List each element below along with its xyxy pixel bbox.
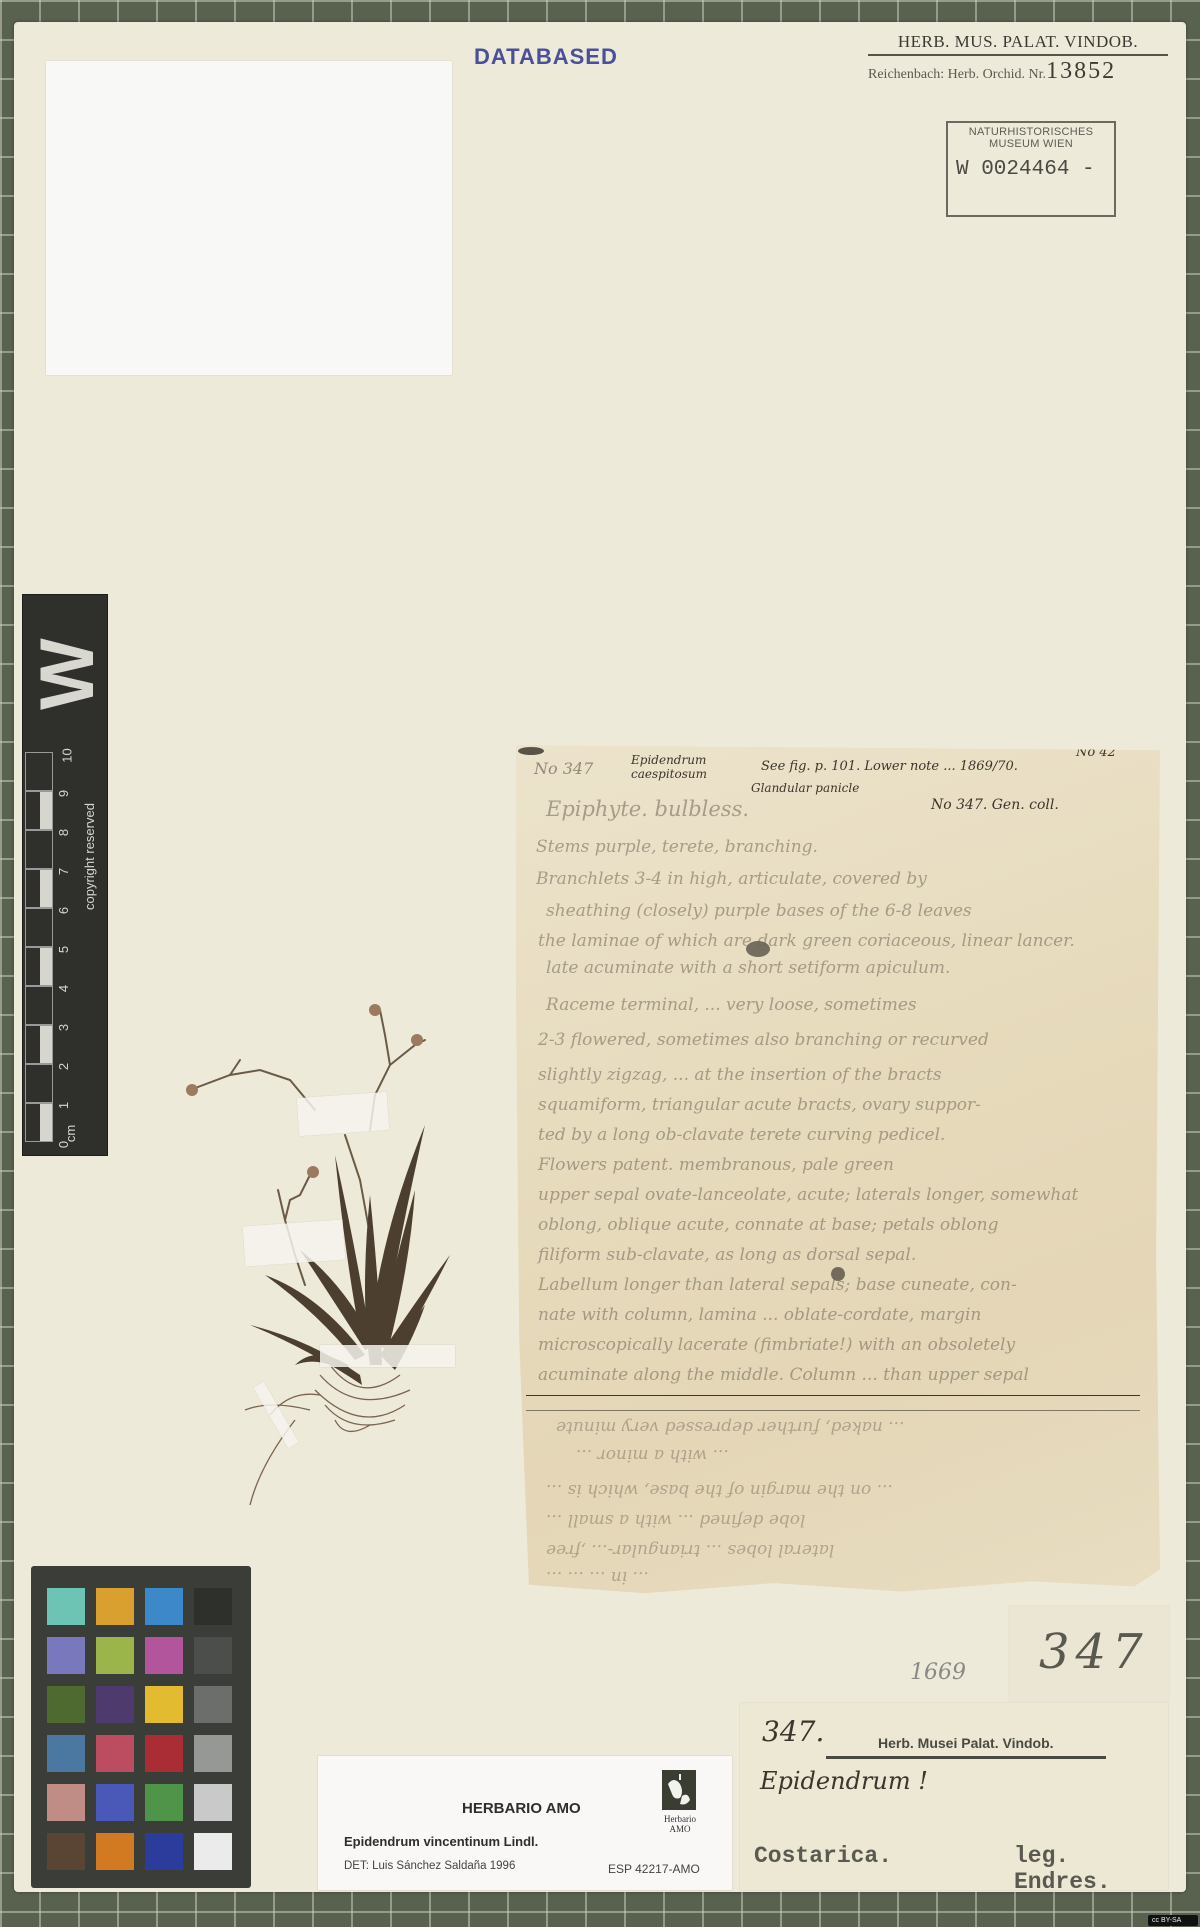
- ruler-segment: [25, 752, 53, 791]
- notes-header-genus: Epidendrum: [631, 753, 706, 767]
- specimen-tape: [243, 1220, 346, 1267]
- notes-line: the laminae of which are dark green cori…: [538, 931, 1075, 951]
- color-swatch: [194, 1784, 232, 1821]
- ruler-tick: 4: [56, 985, 71, 992]
- color-swatch: [145, 1784, 183, 1821]
- amo-logo-text: Herbario AMO: [652, 1814, 708, 1834]
- ruler-tick: 3: [56, 1024, 71, 1031]
- notes-line: Flowers patent. membranous, pale green: [538, 1155, 894, 1175]
- ruler-tick: 5: [56, 946, 71, 953]
- notes-inverted-line: lateral lobes ... triangular-... ,free: [546, 1540, 834, 1560]
- color-swatch: [47, 1686, 85, 1723]
- color-swatch: [145, 1833, 183, 1870]
- color-swatch: [194, 1686, 232, 1723]
- notes-inverted-line: ... naked, further depressed very minute: [556, 1417, 904, 1437]
- notes-line: late acuminate with a short setiform api…: [546, 958, 950, 978]
- herbario-amo-label: HERBARIO AMO Epidendrum vincentinum Lind…: [318, 1756, 732, 1890]
- color-swatch: [194, 1735, 232, 1772]
- notes-line: ted by a long ob-clavate terete curving …: [538, 1125, 945, 1145]
- vindob-label-rule: [826, 1756, 1106, 1759]
- color-calibration-chart: [31, 1566, 251, 1888]
- slip-number: 347: [1039, 1624, 1149, 1680]
- notes-line: Epiphyte. bulbless.: [546, 797, 749, 821]
- ruler-segment: [25, 791, 53, 830]
- ruler-tick: 7: [56, 868, 71, 875]
- notes-inverted-line: lobe defined ... with a small ...: [546, 1510, 805, 1530]
- amo-logo-line1: Herbario: [652, 1814, 708, 1824]
- color-swatch: [96, 1637, 134, 1674]
- notes-line: sheathing (closely) purple bases of the …: [546, 901, 972, 921]
- herbarium-header-stamp: HERB. MUS. PALAT. VINDOB. Reichenbach: H…: [868, 32, 1168, 85]
- notes-inverted-line: ... in ... ... ...: [546, 1567, 649, 1587]
- color-swatch: [194, 1637, 232, 1674]
- ruler-segment: [25, 947, 53, 986]
- amo-logo-icon: [662, 1770, 696, 1810]
- color-swatch: [96, 1588, 134, 1625]
- ruler-segment: [25, 908, 53, 947]
- notes-header-collection: No 347. Gen. coll.: [931, 797, 1059, 813]
- plant-specimen: [170, 995, 470, 1545]
- amo-label-title: HERBARIO AMO: [462, 1800, 581, 1817]
- color-swatch: [96, 1833, 134, 1870]
- notes-line: microscopically lacerate (fimbriate!) wi…: [538, 1335, 1015, 1355]
- notes-line: slightly zigzag, ... at the insertion of…: [538, 1065, 942, 1085]
- ruler-tick: 9: [56, 790, 71, 797]
- ruler-tick-labels: 0 1 2 3 4 5 6 7 8 9 10: [58, 752, 80, 1152]
- notes-divider-line: [526, 1410, 1140, 1411]
- color-swatch: [96, 1784, 134, 1821]
- color-swatch: [145, 1588, 183, 1625]
- notes-line: squamiform, triangular acute bracts, ova…: [538, 1095, 981, 1115]
- amo-label-taxon: Epidendrum vincentinum Lindl.: [344, 1834, 538, 1849]
- handwritten-field-notes: No 347 Epidendrum caespitosum See fig. p…: [516, 745, 1160, 1595]
- vindob-label-locality: Costarica.: [754, 1843, 892, 1869]
- museum-stamp-line2: MUSEUM WIEN: [948, 138, 1114, 150]
- notes-divider-line: [526, 1395, 1140, 1396]
- museum-wien-stamp: NATURHISTORISCHES MUSEUM WIEN W 0024464 …: [946, 121, 1116, 217]
- color-swatch: [194, 1833, 232, 1870]
- orchid-specimen-icon: [170, 995, 470, 1545]
- specimen-tape: [320, 1345, 455, 1367]
- ruler-segment: [25, 1103, 53, 1142]
- ruler-tick: 10: [60, 748, 75, 762]
- notes-line: acuminate along the middle. Column ... t…: [538, 1365, 1029, 1385]
- ruler-tick: 8: [56, 829, 71, 836]
- color-swatch: [96, 1686, 134, 1723]
- notes-line: Raceme terminal, ... very loose, sometim…: [546, 995, 917, 1015]
- ruler-tick: 6: [56, 907, 71, 914]
- notes-header-note: Glandular panicle: [751, 781, 859, 795]
- ruler-segment: [25, 1064, 53, 1103]
- specimen-tape: [297, 1092, 389, 1136]
- amo-label-determination: DET: Luis Sánchez Saldaña 1996: [344, 1860, 515, 1872]
- ruler-segment: [25, 869, 53, 908]
- amo-logo-line2: AMO: [652, 1824, 708, 1834]
- vindob-label-collector: leg. Endres.: [1014, 1843, 1168, 1895]
- blank-label-area: [46, 61, 452, 375]
- scale-bar-copyright: copyright reserved: [82, 750, 97, 910]
- databased-stamp: DATABASED: [474, 44, 618, 70]
- ruler-segment: [25, 1025, 53, 1064]
- notes-line: 2-3 flowered, sometimes also branching o…: [538, 1030, 989, 1050]
- color-swatch: [47, 1735, 85, 1772]
- notes-header-reference: See fig. p. 101. Lower note ... 1869/70.: [761, 759, 1018, 774]
- ruler-segment: [25, 986, 53, 1025]
- herb-musei-vindob-label: 347. Herb. Musei Palat. Vindob. Epidendr…: [740, 1703, 1168, 1890]
- color-swatch: [194, 1588, 232, 1625]
- ink-stain: [518, 747, 544, 755]
- vindob-label-genus: Epidendrum !: [760, 1767, 928, 1795]
- ruler-segment: [25, 830, 53, 869]
- notes-line: nate with column, lamina ... oblate-cord…: [538, 1305, 981, 1325]
- color-swatch: [145, 1686, 183, 1723]
- amo-label-specimen-id: ESP 42217-AMO: [608, 1862, 700, 1876]
- notes-line: filiform sub-clavate, as long as dorsal …: [538, 1245, 916, 1265]
- color-swatch: [47, 1784, 85, 1821]
- pencil-year: 1669: [910, 1660, 966, 1685]
- color-swatch: [47, 1833, 85, 1870]
- notes-line: oblong, oblique acute, connate at base; …: [538, 1215, 999, 1235]
- color-swatch: [47, 1588, 85, 1625]
- notes-inverted-line: ... on the margin of the base, which is …: [546, 1480, 893, 1500]
- vindob-label-herbarium: Herb. Musei Palat. Vindob.: [878, 1735, 1054, 1751]
- license-badge[interactable]: cc BY-SA: [1148, 1915, 1198, 1926]
- color-swatch: [47, 1637, 85, 1674]
- notes-line: Branchlets 3-4 in high, articulate, cove…: [536, 869, 927, 889]
- color-swatch: [96, 1735, 134, 1772]
- notes-inverted-line: ... with a minor ...: [576, 1445, 729, 1465]
- scale-bar-unit: cm: [63, 1125, 78, 1142]
- ruler: [25, 752, 55, 1152]
- museum-stamp-line1: NATURHISTORISCHES: [948, 126, 1114, 138]
- herbarium-number: 13852: [1046, 58, 1116, 84]
- color-swatch: [145, 1735, 183, 1772]
- notes-line: Labellum longer than lateral sepals; bas…: [538, 1275, 1017, 1295]
- museum-barcode-number: W 0024464 -: [956, 158, 1114, 181]
- notes-header-genus2: caespitosum: [631, 767, 707, 781]
- color-swatch: [145, 1637, 183, 1674]
- herbarium-header-line1: HERB. MUS. PALAT. VINDOB.: [868, 32, 1168, 56]
- ruler-tick: 1: [56, 1102, 71, 1109]
- vindob-label-number: 347.: [762, 1715, 824, 1748]
- herbarium-header-prefix: Reichenbach: Herb. Orchid. Nr.: [868, 67, 1046, 82]
- scale-bar-logo: W: [28, 650, 108, 710]
- herbarium-header-line2: Reichenbach: Herb. Orchid. Nr.13852: [868, 58, 1168, 85]
- notes-line: Stems purple, terete, branching.: [536, 837, 818, 857]
- ruler-tick: 2: [56, 1063, 71, 1070]
- number-slip: 347: [1009, 1606, 1169, 1701]
- notes-header-number: No 347: [534, 759, 593, 778]
- notes-line: upper sepal ovate-lanceolate, acute; lat…: [538, 1185, 1078, 1205]
